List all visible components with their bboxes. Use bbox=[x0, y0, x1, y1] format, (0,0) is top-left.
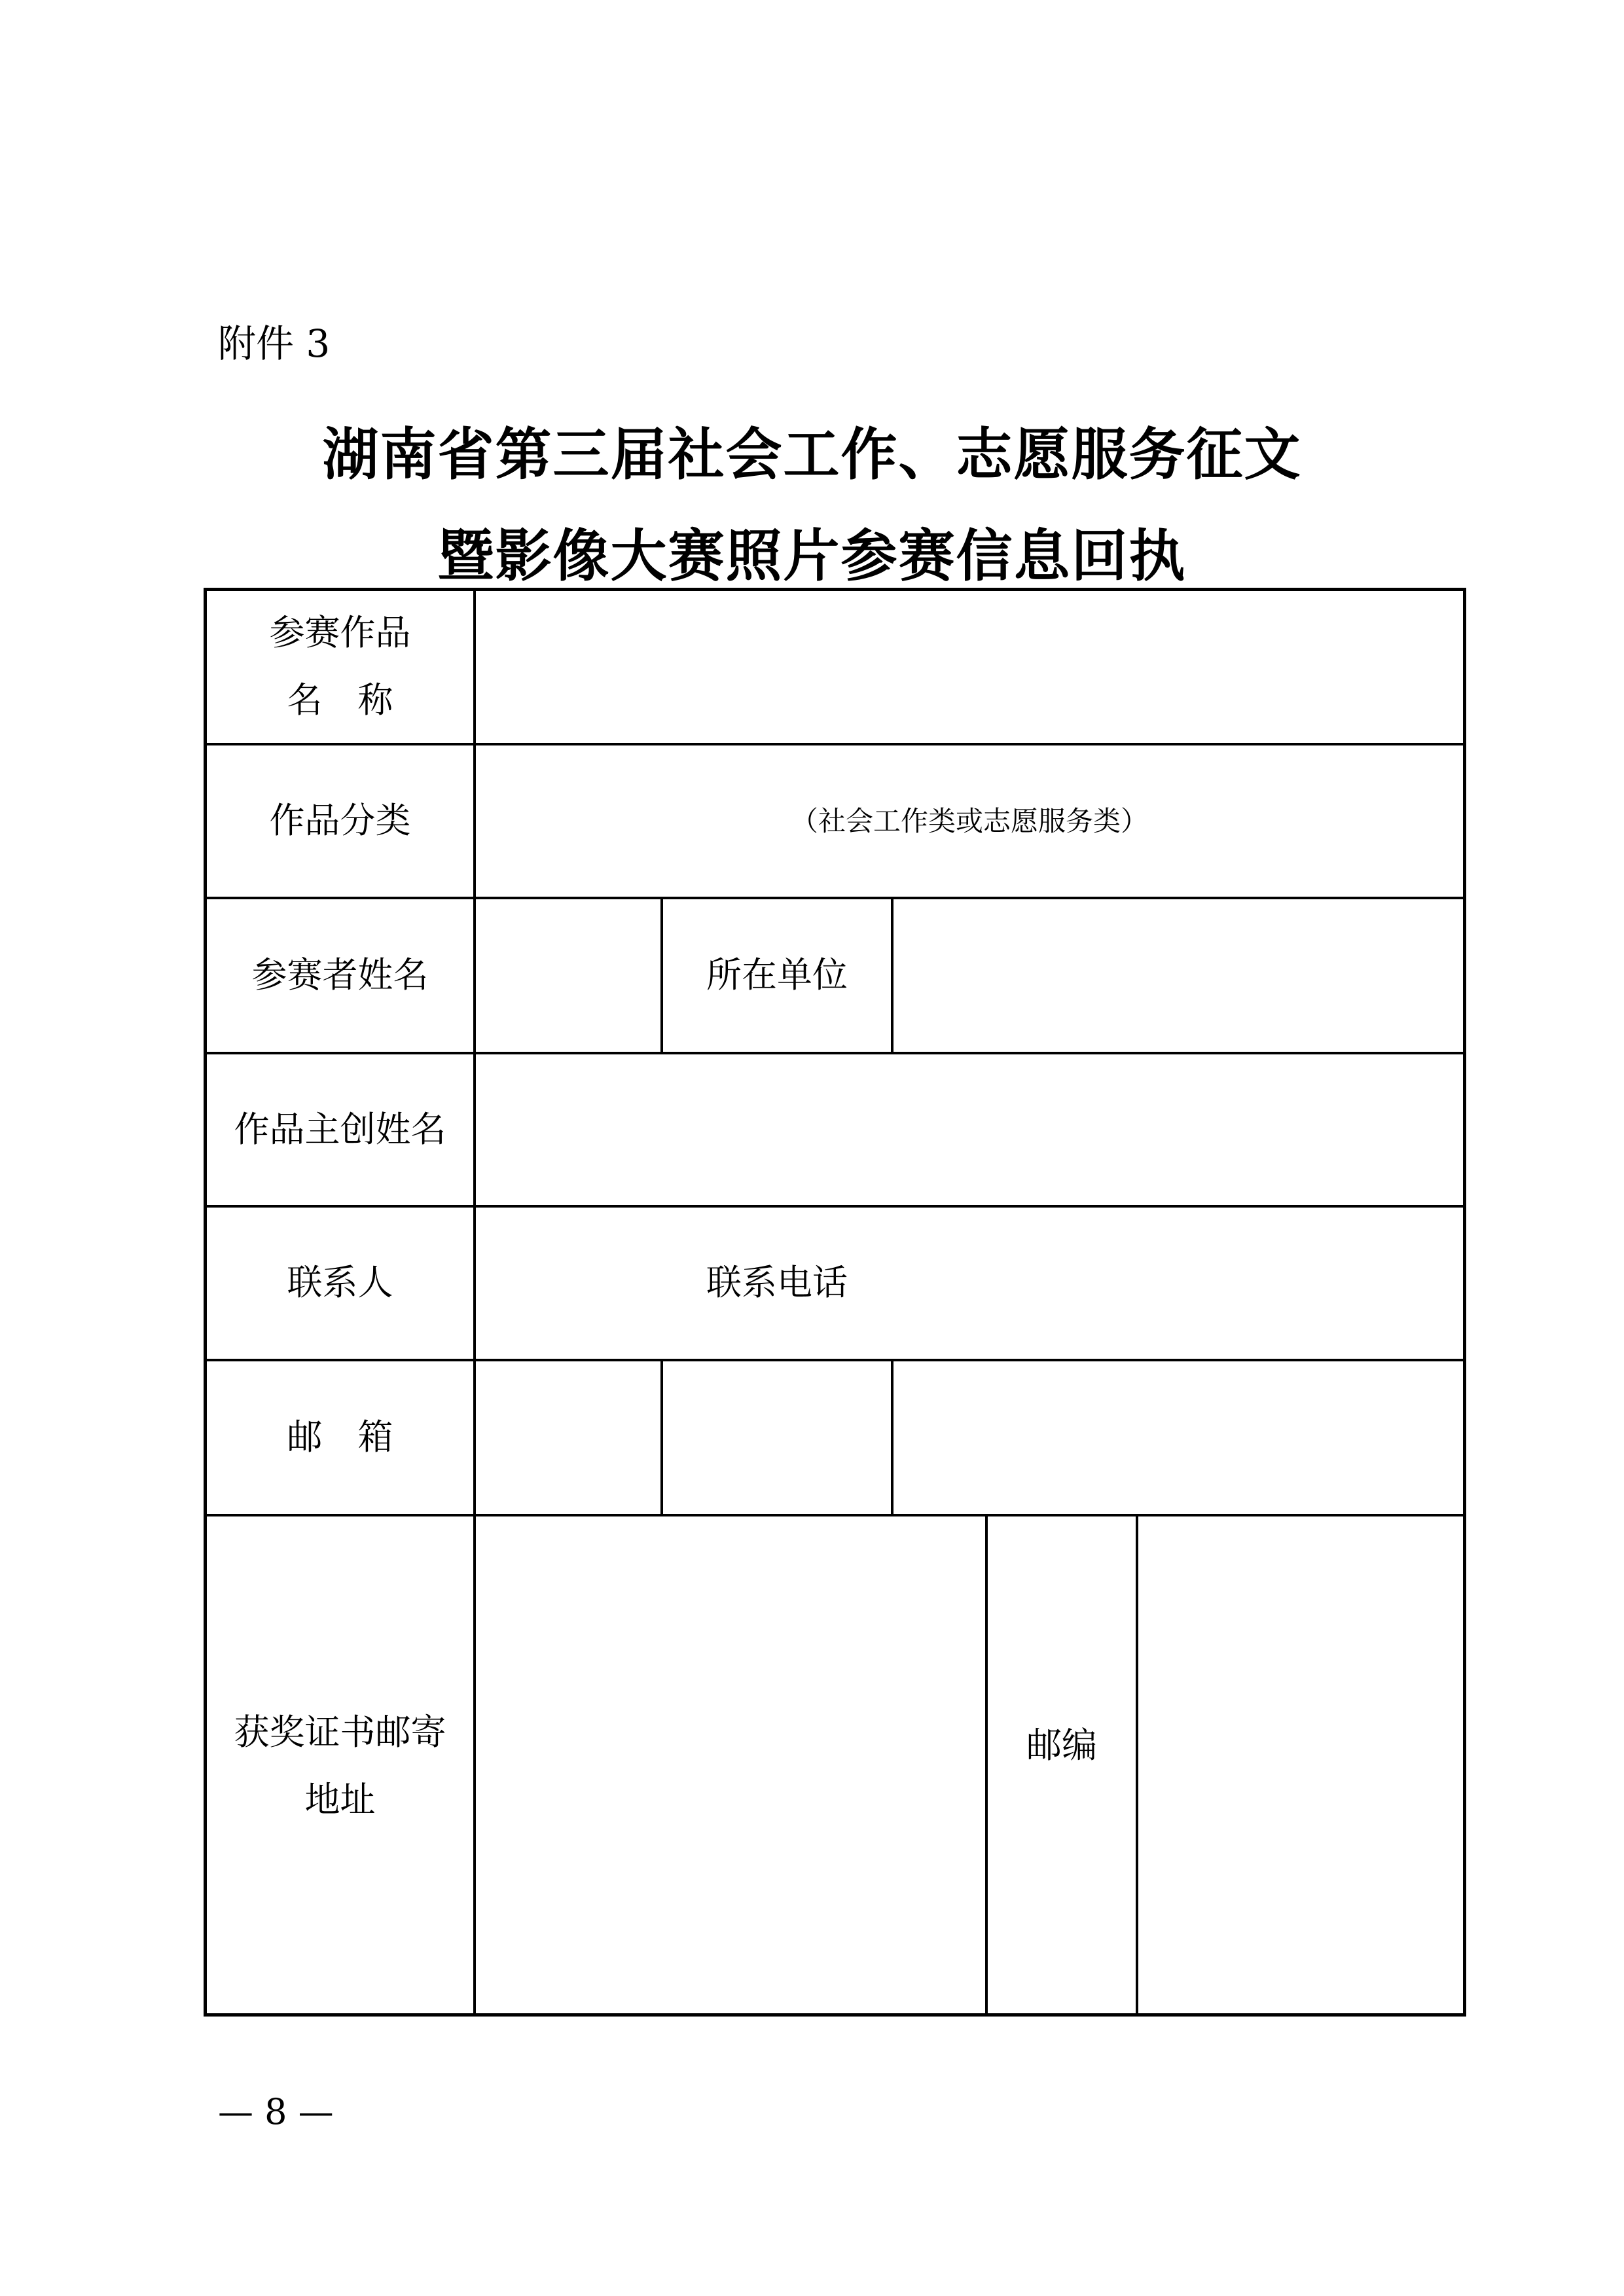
lead-creator-field[interactable] bbox=[476, 1054, 1463, 1205]
category-field[interactable]: （社会工作类或志愿服务类） bbox=[476, 745, 1463, 897]
label-category: 作品分类 bbox=[207, 745, 473, 897]
label-mailing-address: 获奖证书邮寄 地址 bbox=[207, 1516, 473, 2017]
label-contact-person: 联系人 bbox=[207, 1208, 473, 1359]
label-text: 地址 bbox=[305, 1767, 376, 1834]
mailing-address-field[interactable] bbox=[476, 1516, 985, 2017]
email-field[interactable] bbox=[476, 1361, 1463, 1514]
title-line-2: 暨影像大赛照片参赛信息回执 bbox=[0, 511, 1624, 592]
label-email: 邮 箱 bbox=[207, 1361, 473, 1514]
label-postcode: 邮编 bbox=[988, 1516, 1136, 1975]
attachment-label: 附件 3 bbox=[218, 313, 330, 368]
label-organization: 所在单位 bbox=[663, 899, 891, 1052]
label-work-title: 参赛作品 名 称 bbox=[207, 591, 473, 743]
label-lead-creator: 作品主创姓名 bbox=[207, 1054, 473, 1205]
label-text: 名 称 bbox=[287, 667, 393, 734]
label-text: 参赛作品 bbox=[270, 600, 411, 667]
label-phone: 联系电话 bbox=[663, 1208, 891, 1359]
participant-name-field[interactable] bbox=[476, 899, 660, 1052]
page-number: — 8 — bbox=[218, 2091, 334, 2132]
work-title-field[interactable] bbox=[476, 591, 1463, 743]
info-form-table: 参赛作品 名 称 作品分类 （社会工作类或志愿服务类） 参赛者姓名 所在单位 作… bbox=[204, 588, 1466, 2017]
label-participant-name: 参赛者姓名 bbox=[207, 899, 473, 1052]
postcode-field[interactable] bbox=[1138, 1516, 1463, 2017]
label-text: 获奖证书邮寄 bbox=[234, 1699, 446, 1767]
contact-person-field[interactable] bbox=[476, 1208, 660, 1359]
phone-field[interactable] bbox=[893, 1208, 1463, 1359]
title-line-1: 湖南省第三届社会工作、志愿服务征文 bbox=[0, 409, 1624, 490]
organization-field[interactable] bbox=[893, 899, 1463, 1052]
